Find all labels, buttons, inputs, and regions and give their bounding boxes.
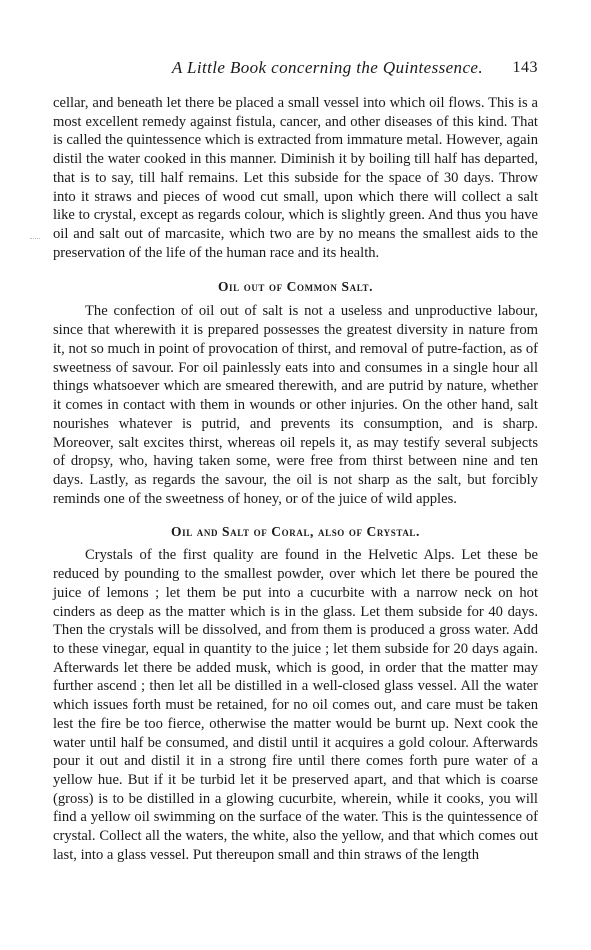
- page-number: 143: [513, 59, 539, 77]
- running-title: A Little Book concerning the Quintessenc…: [53, 58, 483, 78]
- running-head: A Little Book concerning the Quintessenc…: [53, 58, 538, 82]
- section-heading-oil-and-salt-of-coral: Oil and Salt of Coral, also of Crystal.: [53, 522, 538, 542]
- paragraph-oil-and-salt-of-coral: Crystals of the first quality are found …: [53, 546, 538, 864]
- paragraph-continuation: cellar, and beneath let there be placed …: [53, 94, 538, 262]
- paragraph-oil-out-of-common-salt: The confection of oil out of salt is not…: [53, 302, 538, 508]
- book-page: A Little Book concerning the Quintessenc…: [0, 0, 591, 950]
- margin-mark: [30, 238, 40, 240]
- section-heading-oil-out-of-common-salt: Oil out of Common Salt.: [53, 277, 538, 297]
- body-text: cellar, and beneath let there be placed …: [53, 94, 538, 865]
